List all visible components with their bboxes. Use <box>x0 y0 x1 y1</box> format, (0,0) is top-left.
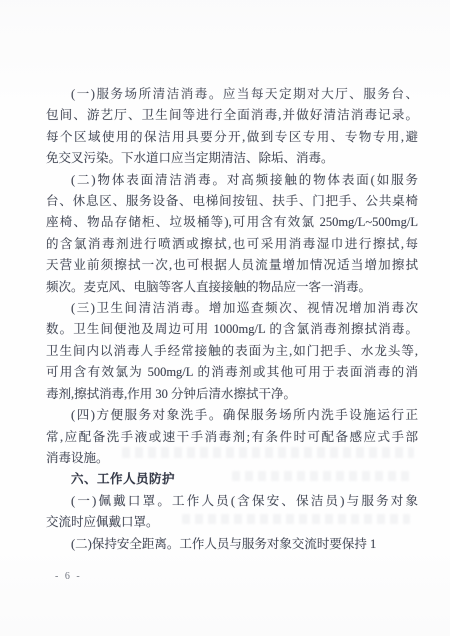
text-line: 毒剂,擦拭消毒,作用 30 分钟后清水擦拭干净。 <box>46 384 418 405</box>
text-line: (四)方便服务对象洗手。确保服务场所内洗手设施运行正 <box>46 405 418 426</box>
scanned-document-page: (一)服务场所清洁消毒。应当每天定期对大厅、服务台、包间、游艺厅、卫生间等进行全… <box>0 0 450 636</box>
text-line: 台、休息区、服务设备、电梯间按钮、扶手、门把手、公共桌椅 <box>46 191 418 212</box>
page-number: - 6 - <box>55 570 82 584</box>
text-line: 常,应配备洗手液或速干手消毒剂;有条件时可配备感应式手部 <box>46 427 418 448</box>
text-line: (三)卫生间清洁消毒。增加巡查频次、视情况增加消毒次 <box>46 298 418 319</box>
text-line: 可用含有效氯为 500mg/L 的消毒剂或其他可用于表面消毒的消 <box>46 362 418 383</box>
section-heading: 六、工作人员防护 <box>46 469 418 490</box>
text-line: 座椅、物品存储柜、垃圾桶等),可用含有效氯 250mg/L~500mg/L <box>46 212 418 233</box>
text-line: (一)佩戴口罩。工作人员(含保安、保洁员)与服务对象 <box>46 491 418 512</box>
text-line: 卫生间内以消毒人手经常接触的表面为主,如门把手、水龙头等, <box>46 341 418 362</box>
document-body: (一)服务场所清洁消毒。应当每天定期对大厅、服务台、包间、游艺厅、卫生间等进行全… <box>46 84 418 555</box>
text-line: 天营业前须擦拭一次,也可根据人员流量增加情况适当增加擦拭 <box>46 255 418 276</box>
text-line: 每个区域使用的保洁用具要分开,做到专区专用、专物专用,避 <box>46 127 418 148</box>
text-line: 数。卫生间便池及周边可用 1000mg/L 的含氯消毒剂擦拭消毒。 <box>46 319 418 340</box>
text-line: 交流时应佩戴口罩。 <box>46 512 418 533</box>
text-line: 消毒设施。 <box>46 448 418 469</box>
text-line: 频次。麦克风、电脑等客人直接接触的物品应一客一消毒。 <box>46 277 418 298</box>
text-line: 免交叉污染。下水道口应当定期清洁、除垢、消毒。 <box>46 148 418 169</box>
text-line: 包间、游艺厅、卫生间等进行全面消毒,并做好清洁消毒记录。 <box>46 105 418 126</box>
text-line: 的含氯消毒剂进行喷洒或擦拭,也可采用消毒湿巾进行擦拭,每 <box>46 234 418 255</box>
text-line: (一)服务场所清洁消毒。应当每天定期对大厅、服务台、 <box>46 84 418 105</box>
text-line: (二)保持安全距离。工作人员与服务对象交流时要保持 1 <box>46 534 418 555</box>
text-line: (二)物体表面清洁消毒。对高频接触的物体表面(如服务 <box>46 170 418 191</box>
